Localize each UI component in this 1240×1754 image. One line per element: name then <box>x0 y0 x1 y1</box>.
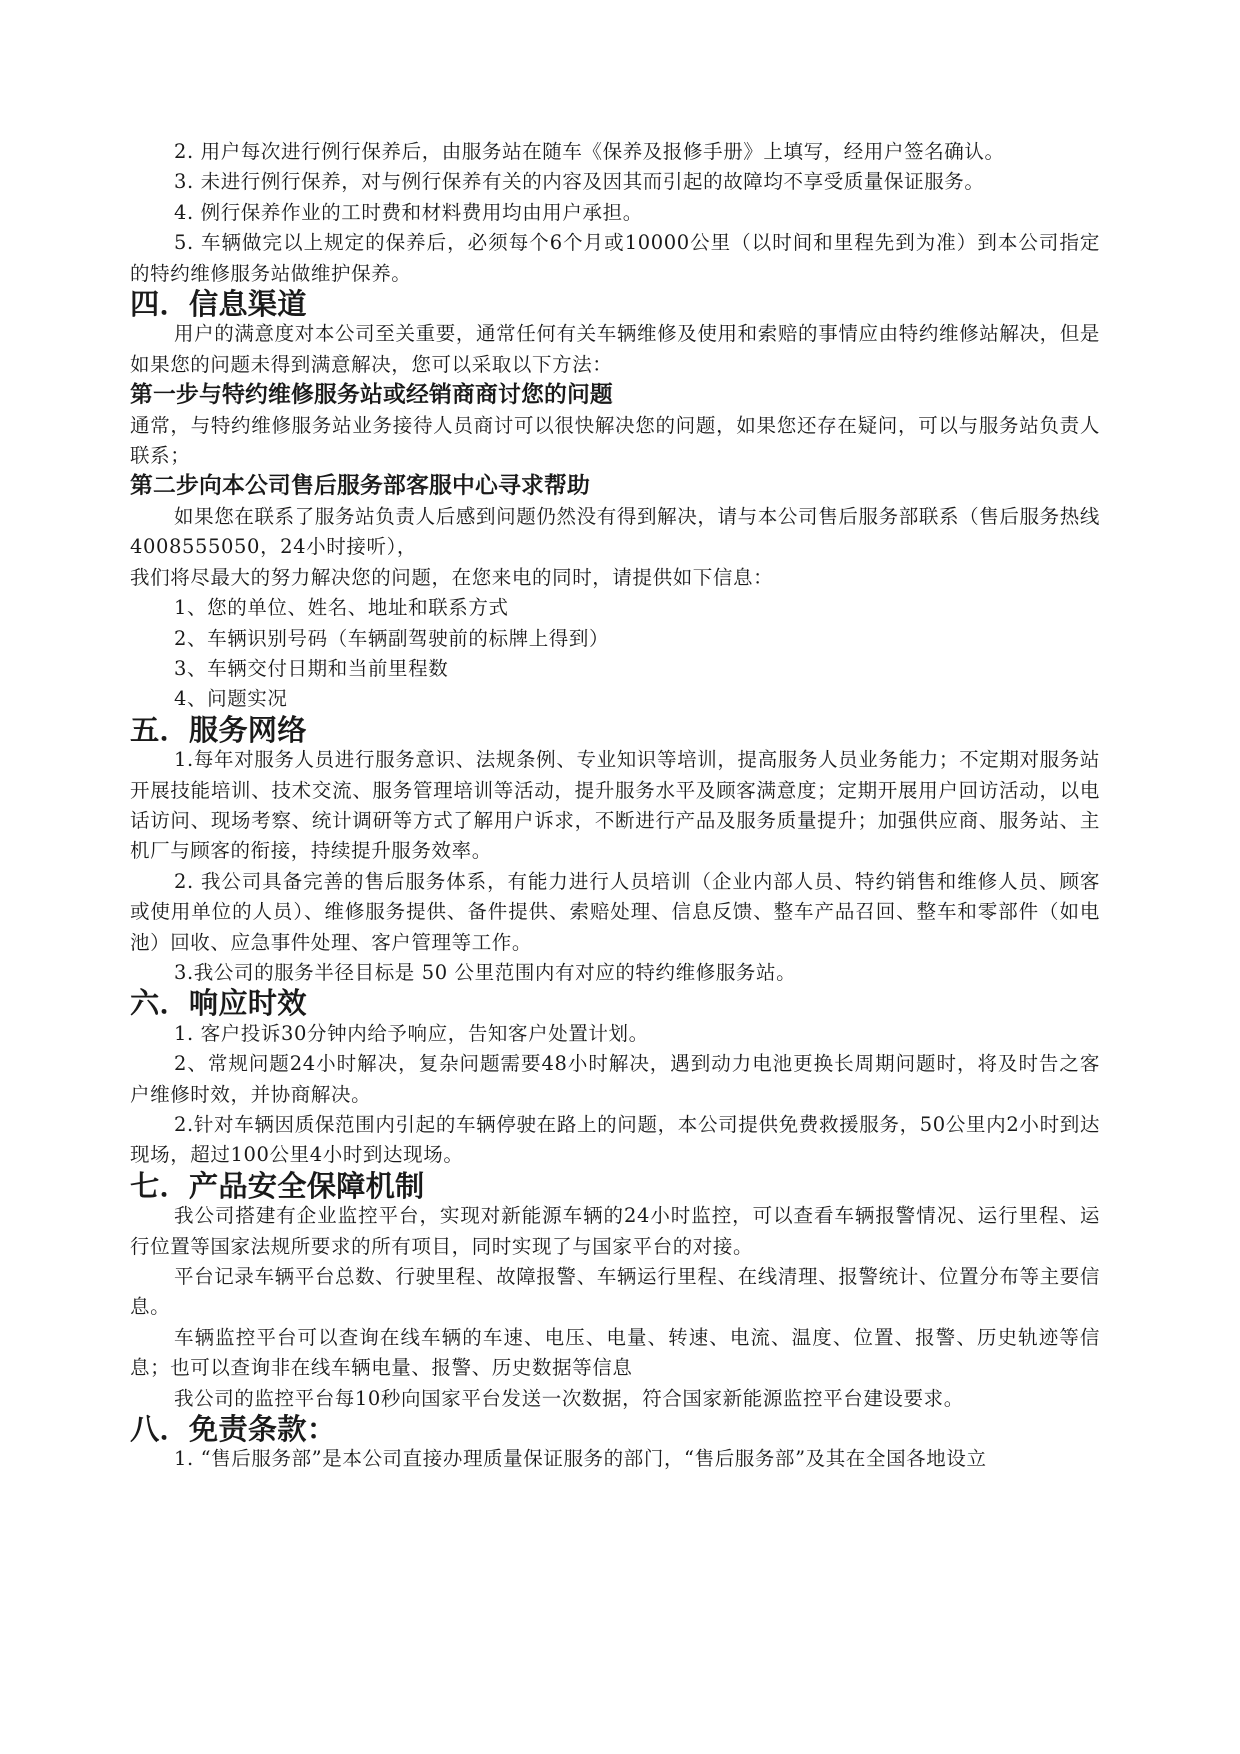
section-heading-safety-mechanism: 七．产品安全保障机制 <box>130 1171 1100 1201</box>
maintenance-item-4: 4. 例行保养作业的工时费和材料费用均由用户承担。 <box>130 198 1100 228</box>
maintenance-item-3: 3. 未进行例行保养，对与例行保养有关的内容及因其而引起的故障均不享受质量保证服… <box>130 167 1100 197</box>
step1-text: 通常，与特约维修服务站业务接待人员商讨可以很快解决您的问题，如果您还存在疑问，可… <box>130 411 1100 472</box>
safety-mechanism-paragraph: 平台记录车辆平台总数、行驶里程、故障报警、车辆运行里程、在线清理、报警统计、位置… <box>130 1262 1100 1323</box>
service-network-paragraph: 3.我公司的服务半径目标是 50 公里范围内有对应的特约维修服务站。 <box>130 958 1100 988</box>
info-channels-intro: 用户的满意度对本公司至关重要，通常任何有关车辆维修及使用和索赔的事情应由特约维修… <box>130 319 1100 380</box>
response-time-paragraph: 1. 客户投诉30分钟内给予响应，告知客户处置计划。 <box>130 1019 1100 1049</box>
section-heading-response-time: 六．响应时效 <box>130 988 1100 1018</box>
response-time-paragraph: 2、常规问题24小时解决，复杂问题需要48小时解决，遇到动力电池更换长周期问题时… <box>130 1049 1100 1110</box>
step2-followup: 我们将尽最大的努力解决您的问题，在您来电的同时，请提供如下信息： <box>130 563 1100 593</box>
safety-mechanism-paragraph: 车辆监控平台可以查询在线车辆的车速、电压、电量、转速、电流、温度、位置、报警、历… <box>130 1323 1100 1384</box>
step1-heading: 第一步与特约维修服务站或经销商商讨您的问题 <box>130 380 1100 410</box>
document-page: 2. 用户每次进行例行保养后，由服务站在随车《保养及报修手册》上填写，经用户签名… <box>130 137 1100 1475</box>
step2-heading: 第二步向本公司售后服务部客服中心寻求帮助 <box>130 471 1100 501</box>
info-list-item: 2、车辆识别号码（车辆副驾驶前的标牌上得到） <box>130 624 1100 654</box>
maintenance-item-2: 2. 用户每次进行例行保养后，由服务站在随车《保养及报修手册》上填写，经用户签名… <box>130 137 1100 167</box>
maintenance-item-5: 5. 车辆做完以上规定的保养后，必须每个6个月或10000公里（以时间和里程先到… <box>130 228 1100 289</box>
service-network-paragraph: 1.每年对服务人员进行服务意识、法规条例、专业知识等培训，提高服务人员业务能力；… <box>130 745 1100 867</box>
info-list-item: 4、问题实况 <box>130 684 1100 714</box>
response-time-paragraph: 2.针对车辆因质保范围内引起的车辆停驶在路上的问题，本公司提供免费救援服务，50… <box>130 1110 1100 1171</box>
info-list-item: 1、您的单位、姓名、地址和联系方式 <box>130 593 1100 623</box>
info-list-item: 3、车辆交付日期和当前里程数 <box>130 654 1100 684</box>
service-network-paragraph: 2. 我公司具备完善的售后服务体系，有能力进行人员培训（企业内部人员、特约销售和… <box>130 867 1100 958</box>
safety-mechanism-paragraph: 我公司的监控平台每10秒向国家平台发送一次数据，符合国家新能源监控平台建设要求。 <box>130 1384 1100 1414</box>
section-heading-service-network: 五．服务网络 <box>130 715 1100 745</box>
section-heading-disclaimer: 八．免责条款： <box>130 1414 1100 1444</box>
section-heading-info-channels: 四．信息渠道 <box>130 289 1100 319</box>
safety-mechanism-paragraph: 我公司搭建有企业监控平台，实现对新能源车辆的24小时监控，可以查看车辆报警情况、… <box>130 1201 1100 1262</box>
disclaimer-paragraph: 1. “售后服务部”是本公司直接办理质量保证服务的部门，“售后服务部”及其在全国… <box>130 1444 1100 1474</box>
step2-text: 如果您在联系了服务站负责人后感到问题仍然没有得到解决，请与本公司售后服务部联系（… <box>130 502 1100 563</box>
